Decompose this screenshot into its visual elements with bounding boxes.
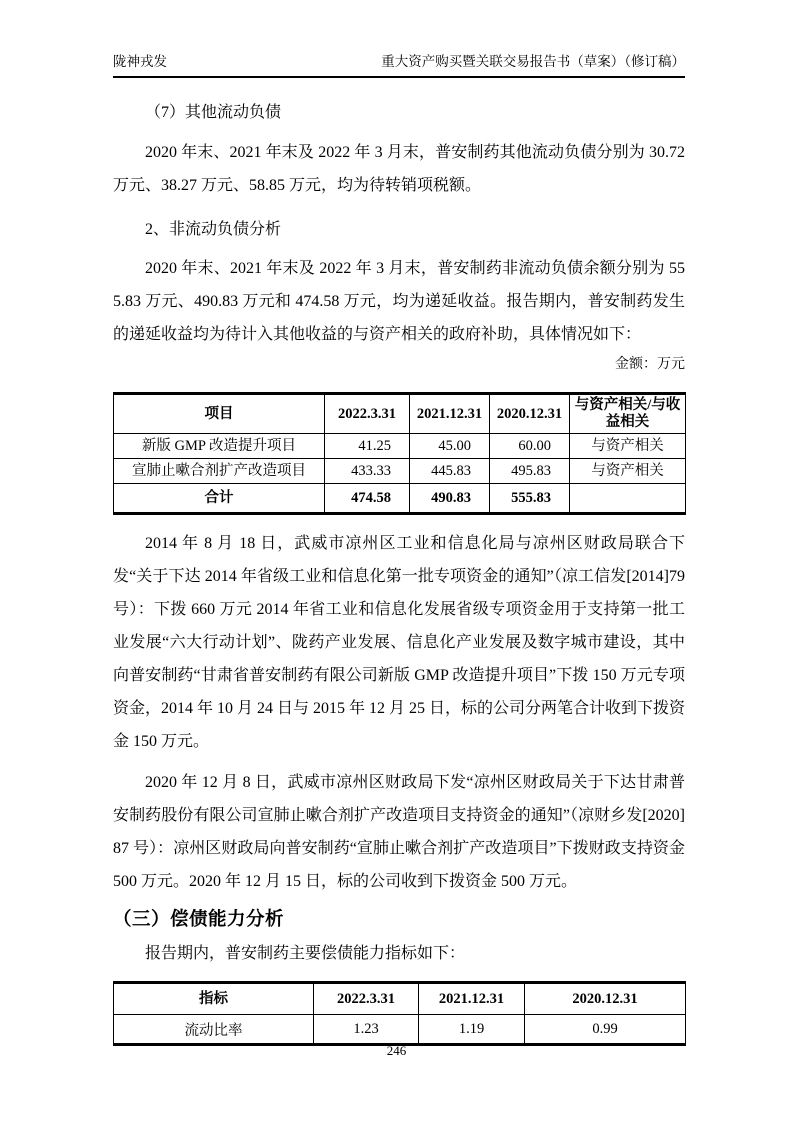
column-header-project: 项目: [114, 394, 325, 434]
cell-value: 45.00: [410, 434, 490, 459]
header-company-name: 陇神戎发: [113, 52, 167, 71]
cell-total-value: 555.83: [490, 484, 570, 514]
column-header-indicator: 指标: [114, 983, 314, 1015]
heading-solvency-analysis: （三）偿债能力分析: [113, 906, 685, 932]
document-page: 陇神戎发 重大资产购买暨关联交易报告书（草案）（修订稿） （7）其他流动负债 2…: [0, 0, 793, 1122]
column-header-2022-3-31: 2022.3.31: [325, 394, 410, 434]
cell-value: 41.25: [325, 434, 410, 459]
table-total-row: 合计 474.58 490.83 555.83: [114, 484, 686, 514]
heading-other-current-liabilities: （7）其他流动负债: [113, 103, 685, 123]
cell-total-value: 490.83: [410, 484, 490, 514]
cell-value: 0.99: [525, 1015, 686, 1045]
heading-noncurrent-liabilities: 2、非流动负债分析: [113, 220, 685, 240]
cell-value: 495.83: [490, 459, 570, 484]
cell-project-name: 新版 GMP 改造提升项目: [114, 434, 325, 459]
column-header-2022-3-31: 2022.3.31: [314, 983, 419, 1015]
cell-total-label: 合计: [114, 484, 325, 514]
cell-total-value: 474.58: [325, 484, 410, 514]
cell-value: 1.19: [419, 1015, 525, 1045]
para-noncurrent-liabilities: 2020 年末、2021 年末及 2022 年 3 月末，普安制药非流动负债余额…: [113, 252, 685, 351]
cell-relation: 与资产相关: [570, 434, 686, 459]
column-header-2020-12-31: 2020.12.31: [525, 983, 686, 1015]
table-unit-label: 金额：万元: [113, 355, 685, 375]
column-header-2021-12-31: 2021.12.31: [419, 983, 525, 1015]
cell-value: 60.00: [490, 434, 570, 459]
cell-total-relation: [570, 484, 686, 514]
deferred-income-table-header-row: 项目 2022.3.31 2021.12.31 2020.12.31 与资产相关…: [114, 394, 686, 434]
table-row: 宣肺止嗽合剂扩产改造项目 433.33 445.83 495.83 与资产相关: [114, 459, 686, 484]
column-header-2021-12-31: 2021.12.31: [410, 394, 490, 434]
column-header-relation: 与资产相关/与收益相关: [570, 394, 686, 434]
deferred-income-table: 项目 2022.3.31 2021.12.31 2020.12.31 与资产相关…: [113, 392, 686, 515]
cell-value: 445.83: [410, 459, 490, 484]
table-row: 新版 GMP 改造提升项目 41.25 45.00 60.00 与资产相关: [114, 434, 686, 459]
para-2014-subsidy: 2014 年 8 月 18 日，武威市凉州区工业和信息化局与凉州区财政局联合下发…: [113, 527, 685, 758]
table-row: 流动比率 1.23 1.19 0.99: [114, 1015, 686, 1045]
solvency-table: 指标 2022.3.31 2021.12.31 2020.12.31 流动比率 …: [113, 981, 686, 1046]
header-report-title: 重大资产购买暨关联交易报告书（草案）（修订稿）: [381, 52, 685, 71]
cell-indicator-name: 流动比率: [114, 1015, 314, 1045]
page-header: 陇神戎发 重大资产购买暨关联交易报告书（草案）（修订稿）: [113, 52, 685, 78]
cell-value: 433.33: [325, 459, 410, 484]
solvency-table-header-row: 指标 2022.3.31 2021.12.31 2020.12.31: [114, 983, 686, 1015]
cell-project-name: 宣肺止嗽合剂扩产改造项目: [114, 459, 325, 484]
para-other-current-liabilities: 2020 年末、2021 年末及 2022 年 3 月末，普安制药其他流动负债分…: [113, 136, 685, 202]
column-header-2020-12-31: 2020.12.31: [490, 394, 570, 434]
cell-value: 1.23: [314, 1015, 419, 1045]
cell-relation: 与资产相关: [570, 459, 686, 484]
para-solvency-intro: 报告期内，普安制药主要偿债能力指标如下：: [113, 937, 685, 970]
page-number: 246: [0, 1043, 793, 1058]
para-2020-subsidy: 2020 年 12 月 8 日，武威市凉州区财政局下发“凉州区财政局关于下达甘肃…: [113, 766, 685, 898]
